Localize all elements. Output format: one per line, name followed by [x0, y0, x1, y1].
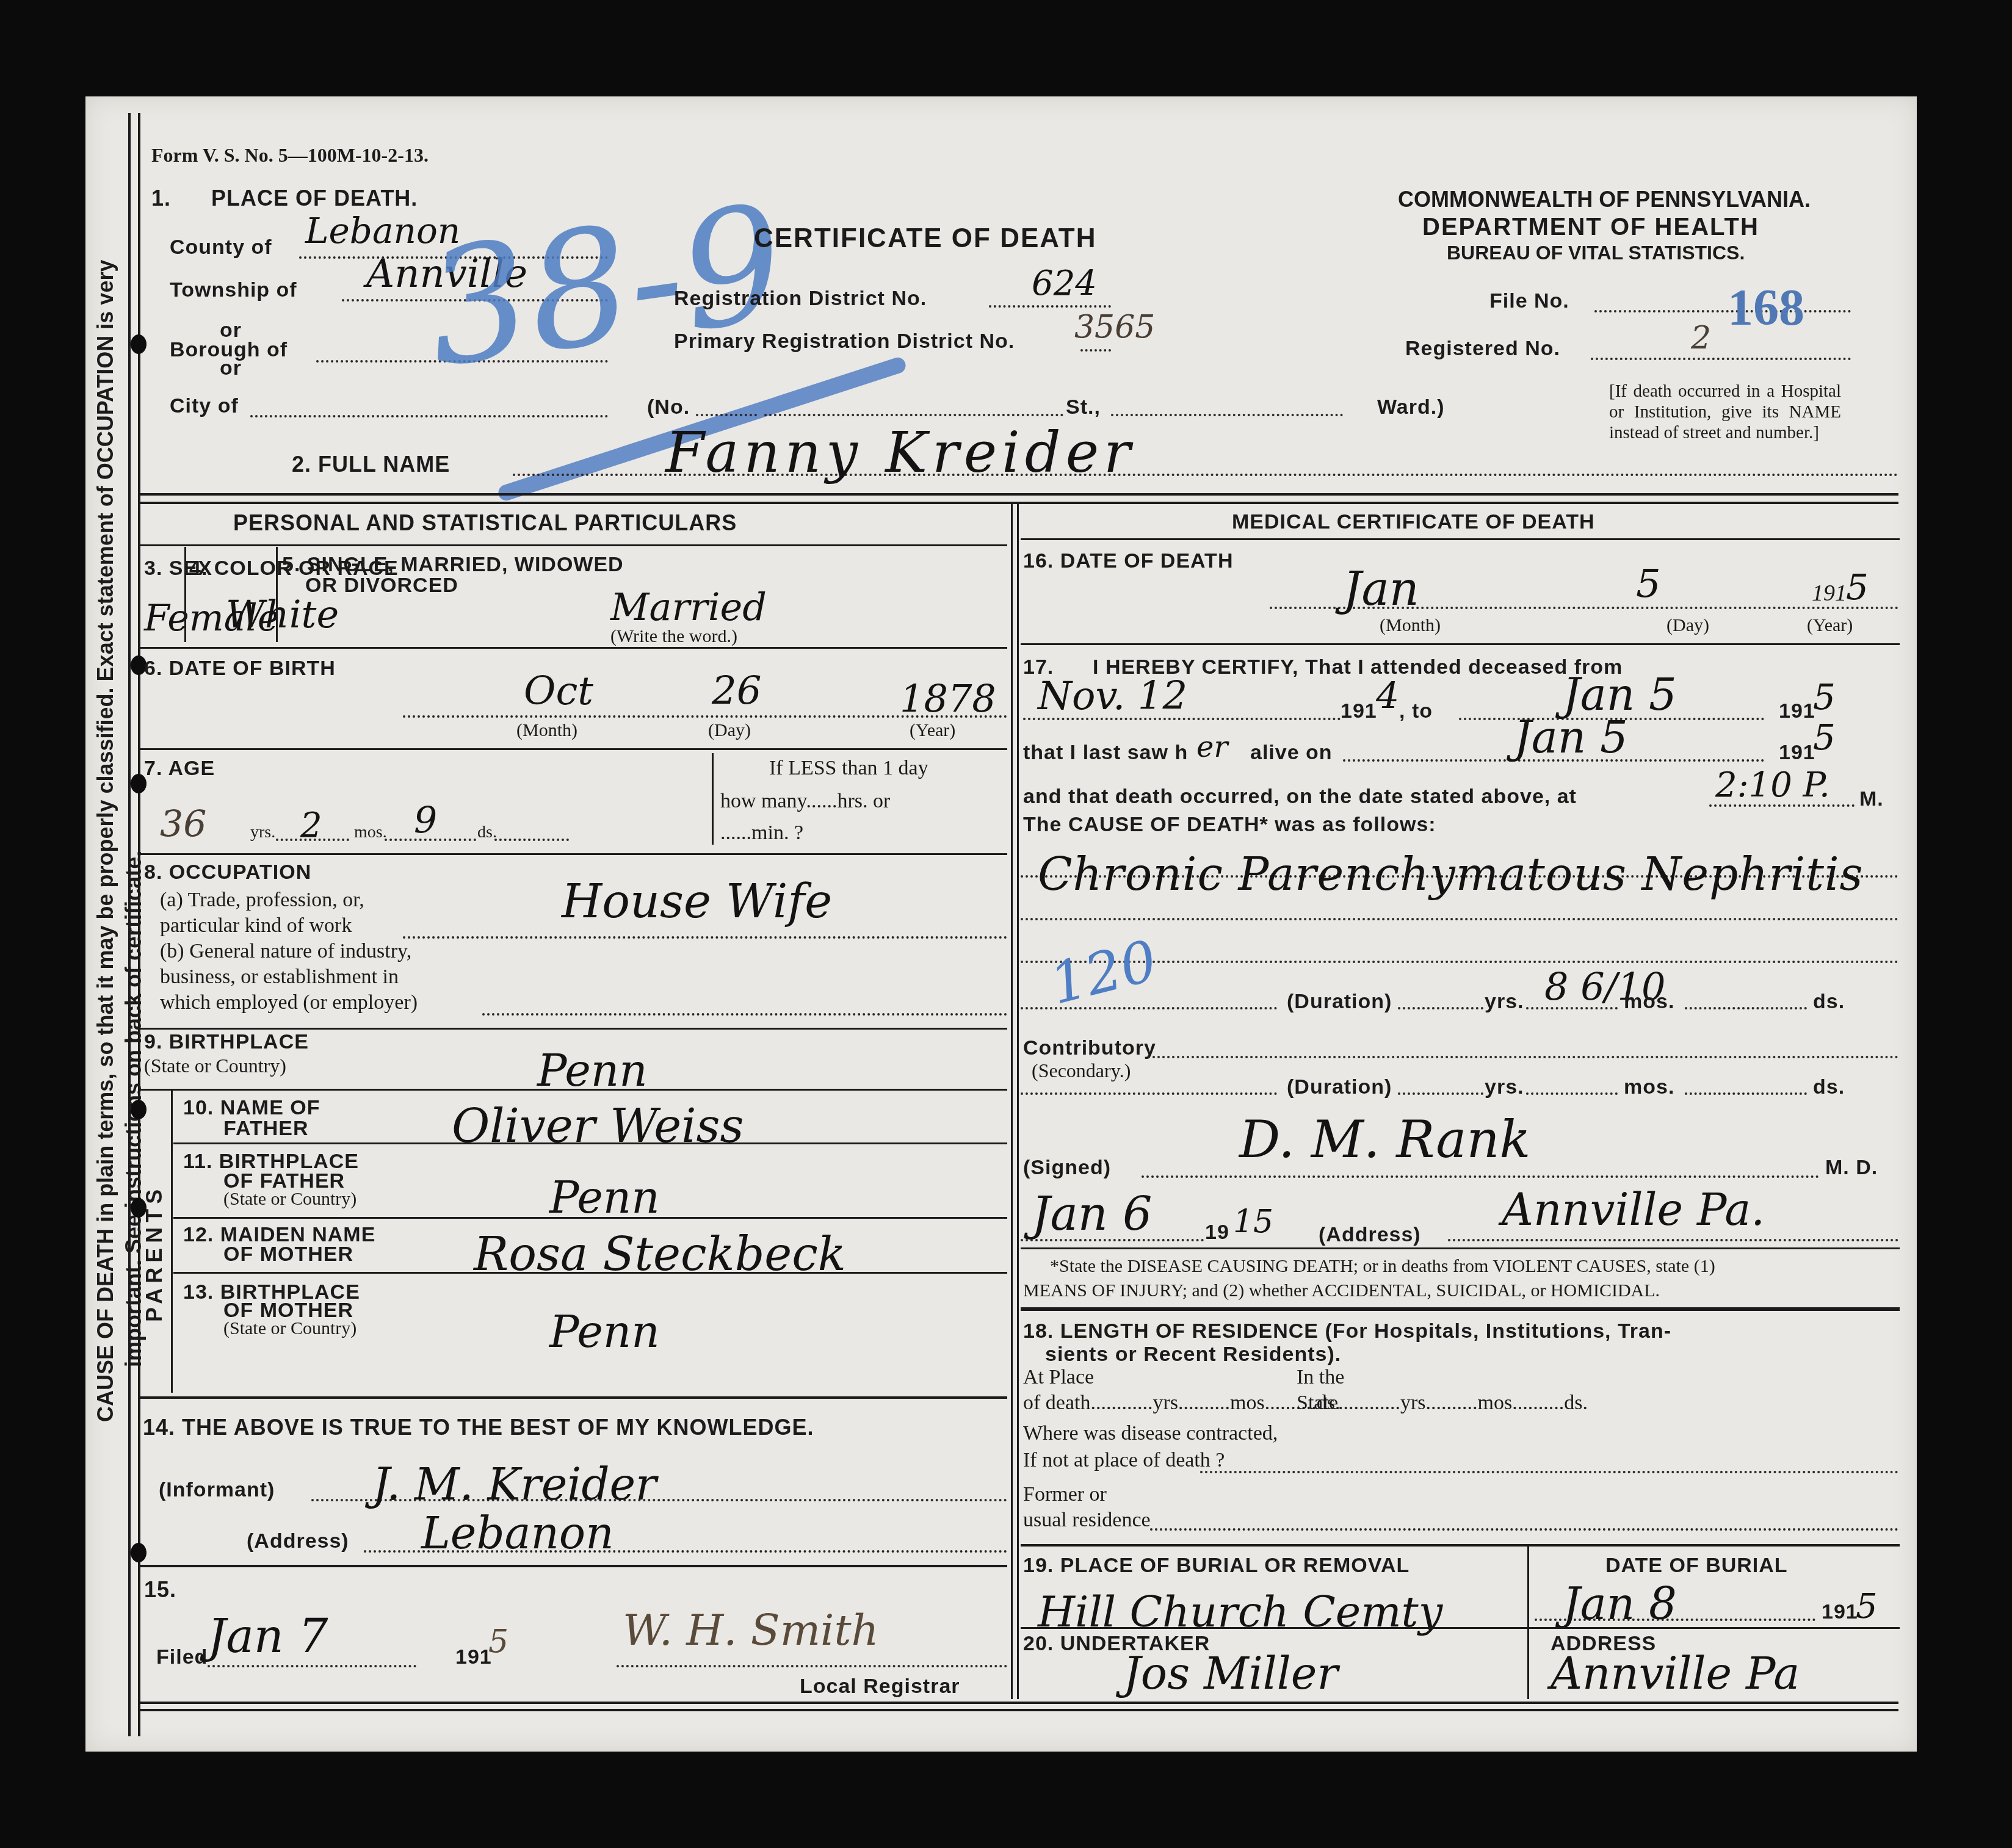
md-address-value[interactable]: Annville Pa.	[1502, 1184, 1765, 1235]
md-address-label: (Address)	[1319, 1223, 1421, 1247]
cause-label: The CAUSE OF DEATH* was as follows:	[1023, 813, 1436, 837]
street-no-field-line[interactable]	[696, 414, 757, 416]
center-divider-left	[1011, 503, 1013, 1699]
duration2-mos-line[interactable]	[1526, 1092, 1618, 1095]
duration2-yrs-line[interactable]	[1398, 1092, 1483, 1095]
rule	[140, 748, 1007, 750]
duration-ds-label: ds.	[1813, 990, 1845, 1014]
day-caption: (Day)	[708, 720, 751, 741]
last-saw-year-prefix: 191	[1779, 741, 1815, 765]
file-no-value[interactable]: 168	[1728, 278, 1804, 337]
rule	[140, 544, 1007, 546]
filed-year-prefix: 191	[455, 1645, 492, 1669]
rule	[140, 1396, 1007, 1399]
signed-value[interactable]: D. M. Rank	[1239, 1110, 1530, 1169]
burial-year-prefix: 191	[1822, 1600, 1858, 1624]
duration-mos-line	[1526, 1007, 1618, 1009]
md-address-line	[1448, 1239, 1898, 1241]
rule	[1021, 1627, 1900, 1629]
dod-month[interactable]: Jan	[1343, 561, 1419, 616]
dod-day[interactable]: 5	[1636, 561, 1661, 607]
left-double-rule-inner	[138, 113, 140, 1736]
agency-line-3: BUREAU OF VITAL STATISTICS.	[1447, 242, 1745, 264]
last-saw-pronoun[interactable]: er	[1196, 730, 1228, 764]
footnote-2: MEANS OF INJURY; and (2) whether ACCIDEN…	[1023, 1280, 1660, 1301]
signed-date[interactable]: Jan 6	[1032, 1186, 1152, 1241]
contributory-sub: (Secondary.)	[1032, 1059, 1131, 1082]
rule	[1021, 1307, 1900, 1311]
informant-address-value[interactable]: Lebanon	[421, 1507, 614, 1559]
bottom-rule-bottom	[140, 1709, 1898, 1711]
age-months[interactable]: 2	[300, 806, 322, 845]
last-saw-label: that I last saw h	[1023, 741, 1188, 765]
at-place-2[interactable]: of death............yrs..........mos....…	[1023, 1391, 1340, 1415]
age-divider	[712, 753, 714, 845]
ward-field-line[interactable]	[1111, 414, 1343, 416]
attended-to-year-suffix[interactable]: 5	[1813, 676, 1836, 718]
signed-year-prefix: 19	[1205, 1221, 1229, 1244]
age-years[interactable]: 36	[160, 803, 206, 846]
year-caption: (Year)	[910, 720, 955, 741]
alive-on-label: alive on	[1250, 741, 1333, 765]
yrs-caption: yrs.	[250, 823, 275, 842]
punch-hole	[131, 334, 147, 354]
duration-mos-label: mos.	[1624, 990, 1674, 1014]
dob-day[interactable]: 26	[712, 669, 761, 714]
filed-label: Filed	[156, 1645, 208, 1669]
marital-value[interactable]: Married	[610, 585, 767, 629]
father-bp-label-3: (State or Country)	[223, 1189, 356, 1210]
month-caption: (Month)	[1380, 615, 1441, 636]
header-rule-bottom	[140, 502, 1898, 504]
in-state-1: In the	[1297, 1366, 1344, 1389]
marital-note: (Write the word.)	[610, 626, 737, 647]
father-name-value[interactable]: Oliver Weiss	[452, 1099, 744, 1153]
dob-year[interactable]: 1878	[900, 676, 996, 721]
burial-place-label: 19. PLACE OF BURIAL OR REMOVAL	[1023, 1554, 1409, 1578]
center-divider-right	[1017, 503, 1019, 1699]
dod-year-prefix: 191	[1812, 580, 1847, 607]
race-value[interactable]: White	[226, 592, 339, 637]
rule	[173, 1142, 1007, 1144]
last-saw-date[interactable]: Jan 5	[1514, 712, 1628, 763]
occupation-b-line[interactable]	[482, 1013, 1007, 1016]
occupation-value[interactable]: House Wife	[562, 874, 832, 928]
occ-b-3: which employed (or employer)	[160, 991, 418, 1014]
md-label: M. D.	[1825, 1156, 1878, 1180]
primary-reg-district-value[interactable]: 3565	[1074, 309, 1155, 345]
margin-line-1: CAUSE OF DEATH in plain terms, so that i…	[92, 116, 120, 1422]
birthplace-sub: (State or Country)	[144, 1055, 286, 1077]
residence-label-1: 18. LENGTH OF RESIDENCE (For Hospitals, …	[1023, 1319, 1671, 1343]
mos-caption: mos.	[354, 823, 387, 842]
rule	[140, 1028, 1007, 1030]
attended-from-year-suffix[interactable]: 4	[1376, 675, 1399, 718]
former-2: usual residence	[1023, 1509, 1151, 1532]
place-of-death-label: 1. PLACE OF DEATH.	[151, 186, 418, 211]
father-bp-value[interactable]: Penn	[549, 1172, 660, 1223]
rule	[140, 1565, 1007, 1567]
medical-section-title: MEDICAL CERTIFICATE OF DEATH	[1232, 510, 1595, 534]
less-than-day-3: ......min. ?	[720, 821, 803, 845]
rule	[1021, 538, 1900, 540]
informant-value[interactable]: J. M. Kreider	[372, 1459, 657, 1510]
registered-no-label: Registered No.	[1405, 337, 1560, 361]
duration-line-1	[1021, 1007, 1277, 1009]
signed-year-suffix[interactable]: 15	[1233, 1204, 1273, 1240]
undertaker-value[interactable]: Jos Miller	[1123, 1648, 1338, 1699]
duration-ds-line	[1685, 1007, 1807, 1009]
file-no-label: File No.	[1489, 289, 1569, 313]
marital-label-2: OR DIVORCED	[305, 574, 458, 597]
duration2-ds-line[interactable]	[1685, 1092, 1807, 1095]
contracted-1: Where was disease contracted,	[1023, 1422, 1278, 1445]
signed-line	[1142, 1175, 1819, 1178]
cause-value[interactable]: Chronic Parenchymatous Nephritis	[1038, 848, 1864, 901]
rule	[173, 1217, 1007, 1219]
death-time-label: and that death occurred, on the date sta…	[1023, 785, 1577, 809]
father-name-label-2: FATHER	[223, 1117, 308, 1141]
filed-year-suffix[interactable]: 5	[488, 1623, 508, 1660]
contributory-label: Contributory	[1023, 1036, 1156, 1060]
occ-a-2: particular kind of work	[160, 914, 352, 937]
to-label: , to	[1399, 699, 1433, 723]
rule	[1021, 1544, 1900, 1547]
burial-date-label: DATE OF BURIAL	[1605, 1554, 1788, 1578]
mother-bp-value[interactable]: Penn	[549, 1306, 660, 1357]
registrar-signature-line	[617, 1665, 1007, 1667]
duration-yrs-line	[1398, 1007, 1483, 1009]
city-field-line[interactable]	[250, 415, 608, 417]
contributory-line[interactable]	[1148, 1056, 1898, 1058]
last-saw-year-suffix[interactable]: 5	[1813, 716, 1836, 758]
registered-no-value[interactable]: 2	[1691, 320, 1711, 356]
mother-bp-label-3: (State or Country)	[223, 1318, 356, 1339]
duration2-ds-label: ds.	[1813, 1075, 1845, 1099]
personal-section-title: PERSONAL AND STATISTICAL PARTICULARS	[233, 510, 737, 536]
occ-a-1: (a) Trade, profession, or,	[160, 889, 364, 912]
street-label: St.,	[1066, 395, 1101, 419]
ward-label: Ward.)	[1377, 395, 1445, 419]
contracted-line[interactable]	[1200, 1471, 1898, 1473]
burial-date-value[interactable]: Jan 8	[1563, 1578, 1677, 1630]
at-place-1: At Place	[1023, 1366, 1094, 1389]
rule	[140, 853, 1007, 855]
attended-from-year-prefix: 191	[1341, 699, 1377, 723]
footnote-1: *State the DISEASE CAUSING DEATH; or in …	[1050, 1256, 1715, 1277]
burial-divider	[1527, 1547, 1529, 1699]
parents-side-label: PARENTS	[142, 1185, 167, 1322]
death-time-value[interactable]: 2:10 P.	[1715, 765, 1830, 805]
informant-label: (Informant)	[159, 1478, 275, 1502]
filed-date-line	[208, 1665, 416, 1667]
dob-month[interactable]: Oct	[524, 669, 593, 714]
residence-label-2: sients or Recent Residents).	[1045, 1343, 1341, 1366]
filed-date[interactable]: Jan 7	[208, 1609, 328, 1663]
burial-place-value[interactable]: Hill Church Cemty	[1038, 1587, 1442, 1637]
filing-number: 15.	[144, 1577, 176, 1603]
former-1: Former or	[1023, 1483, 1107, 1506]
header-rule-top	[140, 493, 1898, 496]
rule	[140, 647, 1007, 649]
reg-district-value[interactable]: 624	[1032, 264, 1097, 303]
less-than-day-1: If LESS than 1 day	[769, 757, 928, 780]
agency-line-2: DEPARTMENT OF HEALTH	[1422, 214, 1759, 241]
dod-label: 16. DATE OF DEATH	[1023, 549, 1233, 573]
attended-to-year-prefix: 191	[1779, 699, 1815, 723]
informant-statement: 14. THE ABOVE IS TRUE TO THE BEST OF MY …	[143, 1415, 814, 1440]
burial-year-suffix[interactable]: 5	[1856, 1587, 1878, 1626]
reg-district-field-line	[989, 305, 1111, 308]
duration2-mos-label: mos.	[1624, 1075, 1674, 1099]
duration-yrs-label: yrs.	[1485, 990, 1524, 1014]
hospital-note: [If death occurred in a Hospital or Inst…	[1609, 381, 1841, 443]
street-field-line[interactable]	[764, 414, 1063, 416]
day-caption: (Day)	[1666, 615, 1709, 636]
sex-race-divider	[184, 547, 186, 642]
in-state-2[interactable]: State............yrs..........mos.......…	[1297, 1391, 1588, 1415]
full-name-label: 2. FULL NAME	[292, 452, 450, 477]
birthplace-label: 9. BIRTHPLACE	[144, 1030, 309, 1054]
year-caption: (Year)	[1807, 615, 1853, 636]
certificate-title: CERTIFICATE OF DEATH	[754, 223, 1096, 254]
dob-label: 6. DATE OF BIRTH	[144, 657, 336, 680]
duration2-yrs-label: yrs.	[1485, 1075, 1524, 1099]
cause-line-2	[1021, 918, 1898, 920]
city-label: City of	[170, 394, 239, 418]
mother-name-label-2: OF MOTHER	[223, 1243, 353, 1266]
month-caption: (Month)	[516, 720, 577, 741]
duration-label: (Duration)	[1287, 990, 1392, 1014]
attended-from[interactable]: Nov. 12	[1038, 674, 1187, 719]
age-days-line	[494, 839, 569, 841]
form-number: Form V. S. No. 5—100M-10-2-13.	[151, 144, 429, 167]
registered-no-field-line	[1591, 358, 1851, 360]
agency-line-1: COMMONWEALTH OF PENNSYLVANIA.	[1398, 187, 1811, 212]
rule	[173, 1272, 1007, 1274]
left-double-rule-outer	[128, 113, 131, 1736]
primary-reg-district-label: Primary Registration District No.	[674, 330, 1015, 353]
reg-district-label: Registration District No.	[674, 287, 927, 311]
age-label: 7. AGE	[144, 757, 215, 781]
rule	[140, 1089, 1007, 1091]
occ-b-1: (b) General nature of industry,	[160, 940, 411, 963]
primary-reg-district-field-line	[1080, 349, 1111, 352]
race-marital-divider	[276, 547, 278, 642]
rule	[1021, 1247, 1900, 1249]
dod-year-suffix[interactable]: 5	[1846, 566, 1869, 608]
township-label: Township of	[170, 278, 297, 302]
or-label: or	[220, 356, 242, 380]
county-label: County of	[170, 236, 272, 259]
address-label: (Address)	[247, 1529, 349, 1553]
age-days[interactable]: 9	[414, 799, 437, 842]
duration2-label: (Duration)	[1287, 1075, 1392, 1099]
parents-divider	[171, 1090, 173, 1393]
former-line[interactable]	[1150, 1528, 1898, 1531]
punch-hole	[131, 1543, 147, 1562]
punch-hole	[131, 1100, 147, 1119]
file-no-field-line	[1594, 310, 1851, 312]
duration2-line-1	[1021, 1092, 1277, 1095]
registrar-label: Local Registrar	[800, 1675, 960, 1698]
undertaker-address-value[interactable]: Annville Pa	[1551, 1648, 1800, 1699]
signed-label: (Signed)	[1023, 1156, 1111, 1180]
full-name-value[interactable]: Fanny Kreider	[665, 420, 1135, 485]
occupation-a-line	[403, 936, 1007, 939]
contracted-2: If not at place of death ?	[1023, 1449, 1225, 1472]
street-no-label: (No.	[647, 395, 690, 419]
occupation-label: 8. OCCUPATION	[144, 861, 311, 884]
less-than-day-2: how many......hrs. or	[720, 790, 890, 813]
registrar-signature[interactable]: W. H. Smith	[623, 1605, 879, 1655]
rule	[1021, 643, 1900, 645]
m-label: M.	[1859, 787, 1884, 811]
occ-b-2: business, or establishment in	[160, 966, 399, 989]
bottom-rule-top	[140, 1702, 1898, 1704]
